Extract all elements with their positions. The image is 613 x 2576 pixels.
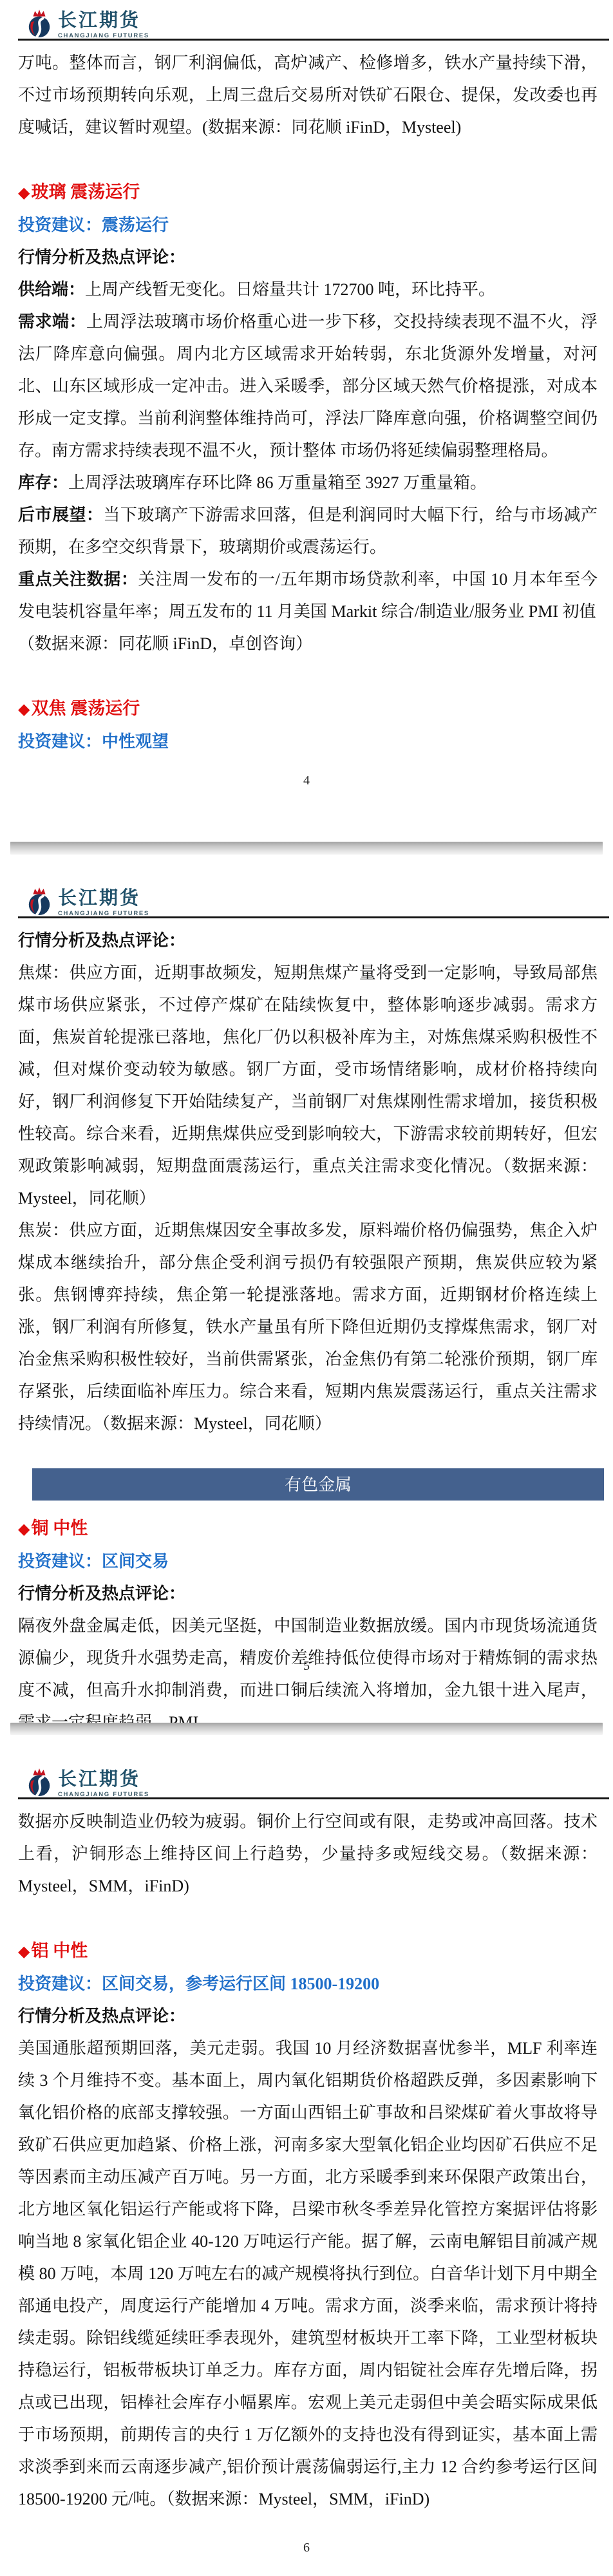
changjiang-futures-logo: 长江期货 CHANGJIANG FUTURES bbox=[26, 9, 613, 39]
changjiang-futures-logo: 长江期货 CHANGJIANG FUTURES bbox=[26, 887, 613, 916]
changjiang-logo-icon bbox=[26, 1768, 53, 1797]
coke-paragraph: 焦炭：供应方面，近期焦煤因安全事故多发，原料端价格仍偏强势，焦企入炉煤成本继续抬… bbox=[18, 1215, 598, 1440]
glass-focus-paragraph: 重点关注数据：关注周一发布的一/五年期市场贷款利率，中国 10 月本年至今发电装… bbox=[18, 563, 598, 628]
page-5-content: 行情分析及热点评论： 焦煤：供应方面，近期事故频发，短期焦煤产量将受到一定影响，… bbox=[0, 918, 613, 1723]
advice-label: 投资建议： bbox=[18, 216, 102, 234]
nonferrous-metals-banner: 有色金属 bbox=[32, 1468, 604, 1501]
page-header: 长江期货 CHANGJIANG FUTURES bbox=[0, 1735, 613, 1799]
logo-name-cn: 长江期货 bbox=[58, 1770, 149, 1789]
glass-heading-text: 玻璃 震荡运行 bbox=[31, 182, 140, 202]
inventory-text: 上周浮法玻璃库存环比降 86 万重量箱至 3927 万重量箱。 bbox=[68, 473, 487, 492]
glass-analysis-header: 行情分析及热点评论： bbox=[18, 241, 598, 274]
aluminum-heading-text: 铝 中性 bbox=[31, 1941, 88, 1960]
advice-value: 震荡运行 bbox=[102, 216, 169, 234]
section-heading-coke: ◆双焦 震荡运行 bbox=[18, 692, 598, 726]
page-separator bbox=[10, 842, 603, 855]
glass-demand-paragraph: 需求端：上周浮法玻璃市场价格重心进一步下移，交投持续表现不温不火，浮法厂降库意向… bbox=[18, 306, 598, 467]
logo-name-cn: 长江期货 bbox=[58, 12, 149, 30]
coking-coal-paragraph: 焦煤：供应方面，近期事故频发，短期焦煤产量将受到一定影响，导致局部焦煤市场供应紧… bbox=[18, 957, 598, 1215]
advice-value: 区间交易 bbox=[102, 1552, 169, 1571]
page-header: 长江期货 CHANGJIANG FUTURES bbox=[0, 855, 613, 918]
copper-heading-text: 铜 中性 bbox=[31, 1519, 88, 1538]
diamond-icon: ◆ bbox=[18, 701, 30, 718]
logo-text: 长江期货 CHANGJIANG FUTURES bbox=[58, 9, 149, 39]
aluminum-analysis-header: 行情分析及热点评论： bbox=[18, 2000, 598, 2032]
advice-label: 投资建议： bbox=[18, 1552, 102, 1571]
coke-analysis-header: 行情分析及热点评论： bbox=[18, 925, 598, 957]
copper-analysis-header: 行情分析及热点评论： bbox=[18, 1578, 598, 1610]
inventory-label: 库存： bbox=[18, 473, 68, 492]
page-separator bbox=[10, 1723, 603, 1735]
coke-heading-text: 双焦 震荡运行 bbox=[31, 699, 140, 718]
focus-label: 重点关注数据： bbox=[18, 570, 138, 589]
demand-text: 上周浮法玻璃市场价格重心进一步下移，交投持续表现不温不火，浮法厂降库意向偏强。周… bbox=[18, 312, 598, 460]
logo-name-en: CHANGJIANG FUTURES bbox=[58, 1792, 149, 1798]
logo-text: 长江期货 CHANGJIANG FUTURES bbox=[58, 1768, 149, 1798]
section-heading-aluminum: ◆铝 中性 bbox=[18, 1935, 598, 1968]
copper-continuation-paragraph: 数据亦反映制造业仍较为疲弱。铜价上行空间或有限，走势或冲高回落。技术上看，沪铜形… bbox=[18, 1806, 598, 1902]
page-number-5: 5 bbox=[0, 1658, 613, 1674]
aluminum-investment-advice: 投资建议：区间交易，参考运行区间 18500-19200 bbox=[18, 1968, 598, 2000]
page-header: 长江期货 CHANGJIANG FUTURES bbox=[0, 0, 613, 41]
section-heading-copper: ◆铜 中性 bbox=[18, 1512, 598, 1546]
diamond-icon: ◆ bbox=[18, 1944, 30, 1960]
advice-label: 投资建议： bbox=[18, 732, 102, 751]
glass-source-paragraph: （数据来源：同花顺 iFinD，卓创咨询） bbox=[18, 628, 598, 660]
glass-supply-paragraph: 供给端：上周产线暂无变化。日熔量共计 172700 吨，环比持平。 bbox=[18, 274, 598, 306]
section-heading-glass: ◆玻璃 震荡运行 bbox=[18, 176, 598, 209]
copper-investment-advice: 投资建议：区间交易 bbox=[18, 1546, 598, 1578]
report-page-4: 长江期货 CHANGJIANG FUTURES 万吨。整体而言，钢厂利润偏低，高… bbox=[0, 0, 613, 842]
logo-text: 长江期货 CHANGJIANG FUTURES bbox=[58, 887, 149, 917]
logo-name-en: CHANGJIANG FUTURES bbox=[58, 911, 149, 917]
outlook-label: 后市展望： bbox=[18, 506, 103, 524]
changjiang-logo-icon bbox=[26, 887, 53, 916]
page-6-content: 数据亦反映制造业仍较为疲弱。铜价上行空间或有限，走势或冲高回落。技术上看，沪铜形… bbox=[0, 1799, 613, 2515]
glass-investment-advice: 投资建议：震荡运行 bbox=[18, 209, 598, 241]
report-page-6: 长江期货 CHANGJIANG FUTURES 数据亦反映制造业仍较为疲弱。铜价… bbox=[0, 1735, 613, 2576]
outlook-text: 当下玻璃产下游需求回落，但是利润同时大幅下行，给与市场减产预期，在多空交织背景下… bbox=[18, 506, 598, 556]
logo-name-cn: 长江期货 bbox=[58, 889, 149, 908]
page-4-content: 万吨。整体而言，钢厂利润偏低，高炉减产、检修增多，铁水产量持续下滑，不过市场预期… bbox=[0, 41, 613, 758]
page-number-6: 6 bbox=[0, 2540, 613, 2555]
logo-name-en: CHANGJIANG FUTURES bbox=[58, 33, 149, 39]
advice-label: 投资建议： bbox=[18, 1975, 102, 1993]
steel-continuation-paragraph: 万吨。整体而言，钢厂利润偏低，高炉减产、检修增多，铁水产量持续下滑，不过市场预期… bbox=[18, 47, 598, 144]
diamond-icon: ◆ bbox=[18, 1521, 30, 1538]
glass-outlook-paragraph: 后市展望：当下玻璃产下游需求回落，但是利润同时大幅下行，给与市场减产预期，在多空… bbox=[18, 499, 598, 563]
diamond-icon: ◆ bbox=[18, 185, 30, 202]
page-number-4: 4 bbox=[0, 773, 613, 788]
changjiang-futures-logo: 长江期货 CHANGJIANG FUTURES bbox=[26, 1768, 613, 1797]
demand-label: 需求端： bbox=[18, 312, 86, 331]
report-page-5: 长江期货 CHANGJIANG FUTURES 行情分析及热点评论： 焦煤：供应… bbox=[0, 855, 613, 1723]
advice-value: 区间交易，参考运行区间 18500-19200 bbox=[102, 1975, 379, 1993]
aluminum-comment-paragraph: 美国通胀超预期回落，美元走弱。我国 10 月经济数据喜忧参半，MLF 利率连续 … bbox=[18, 2032, 598, 2515]
supply-label: 供给端： bbox=[18, 280, 85, 299]
supply-text: 上周产线暂无变化。日熔量共计 172700 吨，环比持平。 bbox=[85, 280, 495, 299]
glass-inventory-paragraph: 库存：上周浮法玻璃库存环比降 86 万重量箱至 3927 万重量箱。 bbox=[18, 467, 598, 499]
changjiang-logo-icon bbox=[26, 9, 53, 39]
advice-value: 中性观望 bbox=[102, 732, 169, 751]
coke-investment-advice: 投资建议：中性观望 bbox=[18, 726, 598, 758]
